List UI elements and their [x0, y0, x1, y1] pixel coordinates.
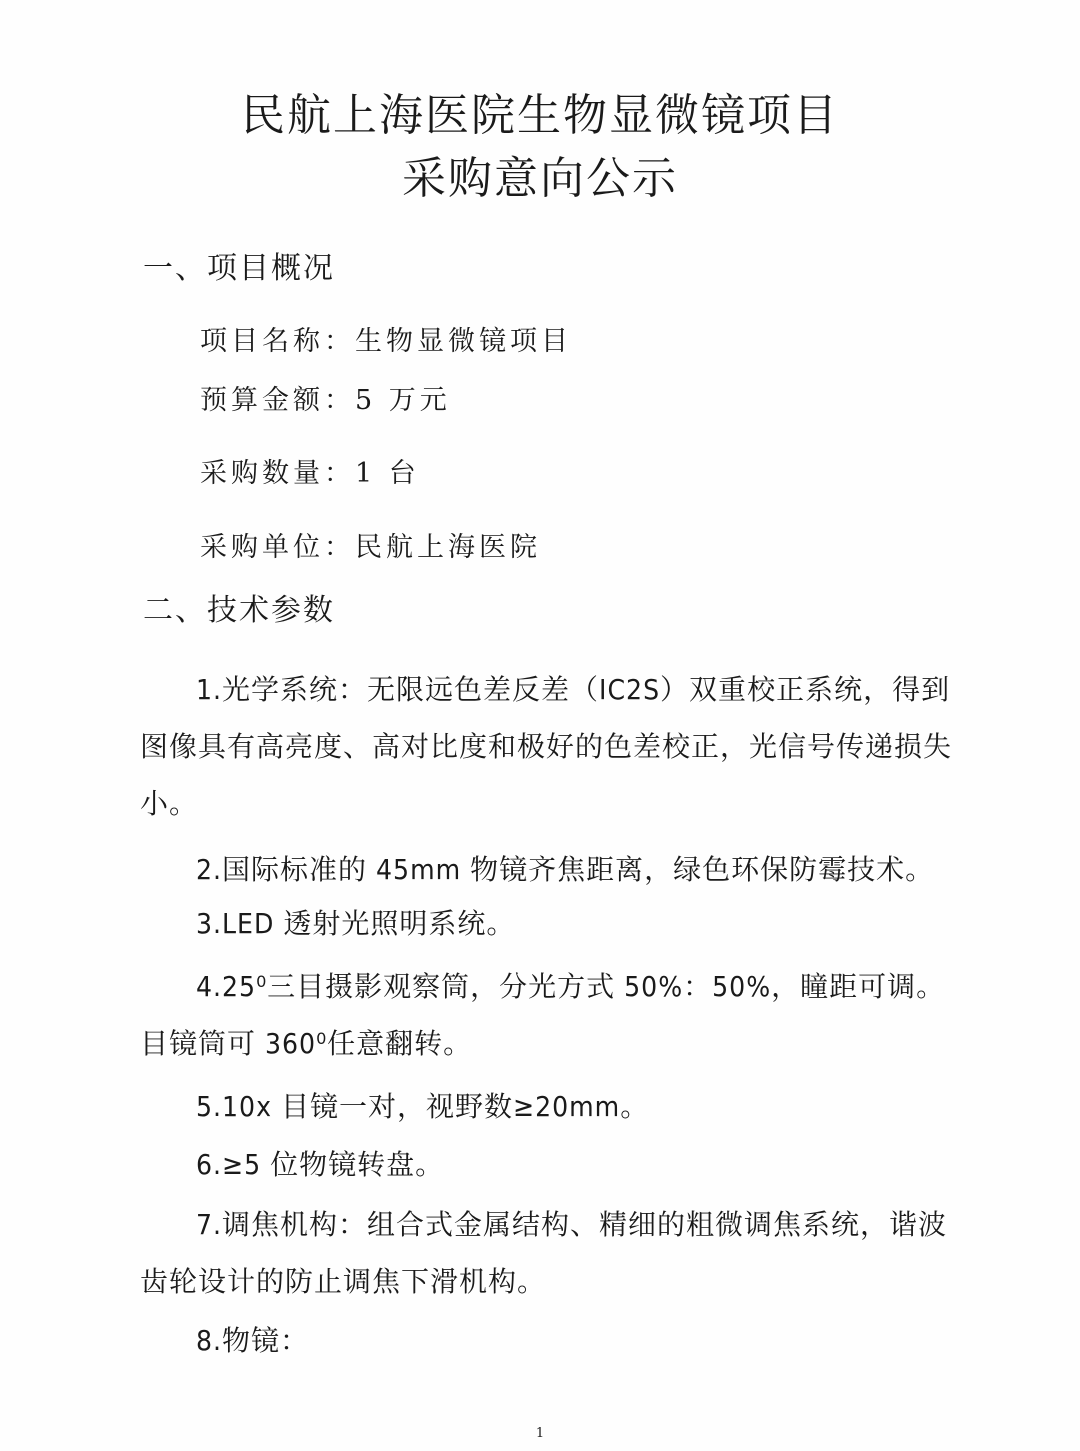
tech-param-item: 4.25⁰三目摄影观察筒，分光方式 50%：50%，瞳距可调。目镜筒可 360⁰…	[140, 958, 952, 1072]
tech-param-item: 1.光学系统：无限远色差反差（IC2S）双重校正系统，得到图像具有高亮度、高对比…	[140, 661, 952, 832]
field-budget: 预算金额：5 万元	[200, 387, 451, 414]
field-project-name: 项目名称：生物显微镜项目	[200, 328, 572, 355]
field-label: 项目名称：	[200, 326, 355, 357]
page-number: 1	[0, 1427, 1080, 1440]
document-title-line1: 民航上海医院生物显微镜项目	[0, 94, 1080, 138]
tech-param-item: 2.国际标准的 45mm 物镜齐焦距离，绿色环保防霉技术。	[140, 841, 952, 898]
document-title-line2: 采购意向公示	[0, 157, 1080, 201]
field-purchaser: 采购单位：民航上海医院	[200, 534, 541, 561]
tech-param-item: 5.10x 目镜一对，视野数≥20mm。	[140, 1078, 952, 1135]
field-value: 生物显微镜项目	[355, 326, 572, 357]
tech-param-item: 8.物镜：	[140, 1312, 952, 1369]
field-label: 预算金额：	[200, 385, 355, 416]
field-label: 采购单位：	[200, 532, 355, 563]
field-quantity: 采购数量：1 台	[200, 460, 420, 487]
tech-param-item: 6.≥5 位物镜转盘。	[140, 1136, 952, 1193]
field-label: 采购数量：	[200, 458, 355, 489]
section-heading-overview: 一、项目概况	[143, 254, 335, 284]
section-heading-technical: 二、技术参数	[143, 596, 335, 626]
field-value: 1 台	[355, 458, 420, 489]
document-page: 民航上海医院生物显微镜项目 采购意向公示 一、项目概况 项目名称：生物显微镜项目…	[0, 0, 1080, 1451]
field-value: 民航上海医院	[355, 532, 541, 563]
tech-param-item: 7.调焦机构：组合式金属结构、精细的粗微调焦系统，谐波齿轮设计的防止调焦下滑机构…	[140, 1196, 952, 1310]
tech-param-item: 3.LED 透射光照明系统。	[140, 895, 952, 952]
field-value: 5 万元	[355, 385, 451, 416]
